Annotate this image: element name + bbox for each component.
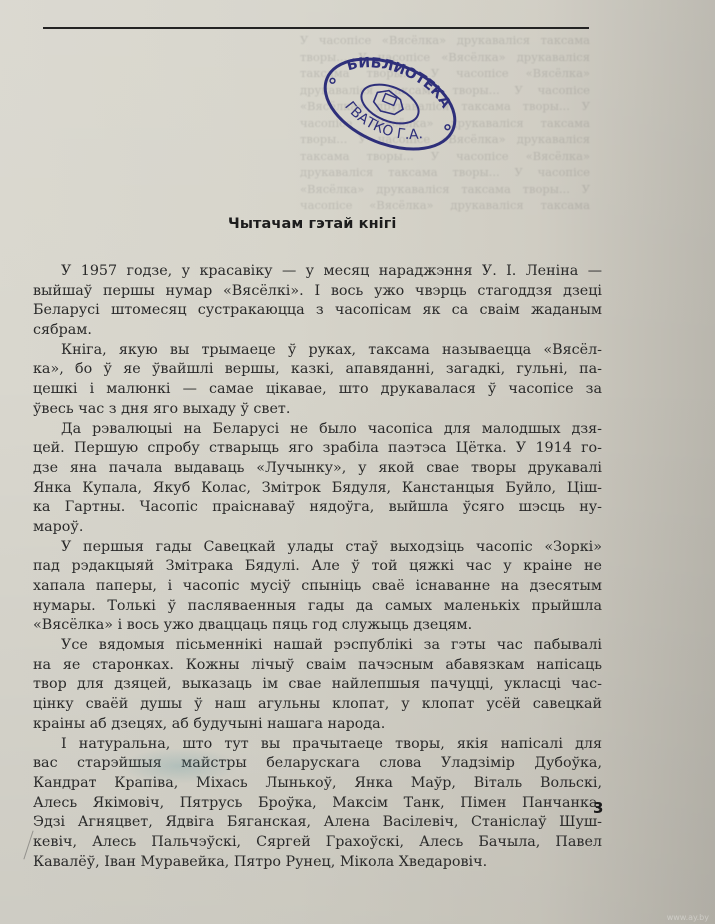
text-line: Кандрат Крапіва, Міхась Лынькоў, Янка Ма… bbox=[33, 774, 602, 794]
text-line: Беларусі штомесяц сустракаюцца з часопіс… bbox=[33, 301, 602, 321]
text-line: пад рэдакцыяй Змітрака Бядулі. Але ў той… bbox=[33, 557, 602, 577]
text-line: на яе старонках. Кожны лічыў сваім пачэс… bbox=[33, 656, 602, 676]
text-line: мароў. bbox=[33, 518, 602, 538]
text-line: «Вясёлка» і вось ужо дваццаць пяць год с… bbox=[33, 616, 602, 636]
text-line: сябрам. bbox=[33, 321, 602, 341]
text-line: ка», бо ў яе ўвайшлі вершы, казкі, апавя… bbox=[33, 360, 602, 380]
text-line: выйшаў першы нумар «Вясёлкі». І вось ужо… bbox=[33, 282, 602, 302]
text-line: ўвесь час з дня яго выхаду ў свет. bbox=[33, 400, 602, 420]
body-text: У 1957 годзе, у красавіку — у месяц нара… bbox=[33, 262, 602, 872]
text-line: цей. Першую спробу стварыць яго зрабіла … bbox=[33, 439, 602, 459]
text-line: дзе яна пачала выдаваць «Лучынку», у яко… bbox=[33, 459, 602, 479]
text-line: твор для дзяцей, выказаць ім свае найлеп… bbox=[33, 675, 602, 695]
page-number: 3 bbox=[593, 799, 603, 817]
page-title: Чытачам гэтай кнігі bbox=[228, 216, 397, 232]
text-line: Янка Купала, Якуб Колас, Змітрок Бядуля,… bbox=[33, 479, 602, 499]
text-line: У 1957 годзе, у красавіку — у месяц нара… bbox=[33, 262, 602, 282]
text-line: хапала паперы, і часопіс мусіў спыніць с… bbox=[33, 577, 602, 597]
text-line: Кніга, якую вы трымаеце ў руках, таксама… bbox=[33, 341, 602, 361]
text-line: Кавалёў, Іван Муравейка, Пятро Рунец, Мі… bbox=[33, 853, 602, 873]
text-line: І натуральна, што тут вы прачытаеце твор… bbox=[33, 735, 602, 755]
watermark: www.ay.by bbox=[667, 913, 709, 922]
text-line: Усе вядомыя пісьменнікі нашай рэспублікі… bbox=[33, 636, 602, 656]
text-line: кевіч, Алесь Пальчэўскі, Сяргей Грахоўск… bbox=[33, 833, 602, 853]
paper-speck bbox=[34, 818, 36, 820]
text-line: цінку сваёй душы ў наш агульны клопат, у… bbox=[33, 695, 602, 715]
text-line: ка Гартны. Часопіс праіснаваў нядоўга, в… bbox=[33, 498, 602, 518]
text-line: Алесь Якімовіч, Пятрусь Броўка, Максім Т… bbox=[33, 794, 602, 814]
header-rule bbox=[43, 27, 589, 29]
text-line: вас старэйшыя майстры беларускага слова … bbox=[33, 754, 602, 774]
text-line: краіны аб дзецях, аб будучыні нашага нар… bbox=[33, 715, 602, 735]
text-line: нумары. Толькі ў пасляваенныя гады да са… bbox=[33, 597, 602, 617]
text-line: цешкі і малюнкі — самае цікавае, што дру… bbox=[33, 380, 602, 400]
text-line: У першыя гады Савецкай улады стаў выходз… bbox=[33, 538, 602, 558]
library-stamp: БИБЛИОТЕКА ГВАТКО Г.А. bbox=[318, 52, 463, 156]
text-line: Эдзі Агняцвет, Ядвіга Бяганская, Алена В… bbox=[33, 813, 602, 833]
stamp-icon: БИБЛИОТЕКА ГВАТКО Г.А. bbox=[318, 52, 463, 156]
text-line: Да рэвалюцыі на Беларусі не было часопіс… bbox=[33, 420, 602, 440]
